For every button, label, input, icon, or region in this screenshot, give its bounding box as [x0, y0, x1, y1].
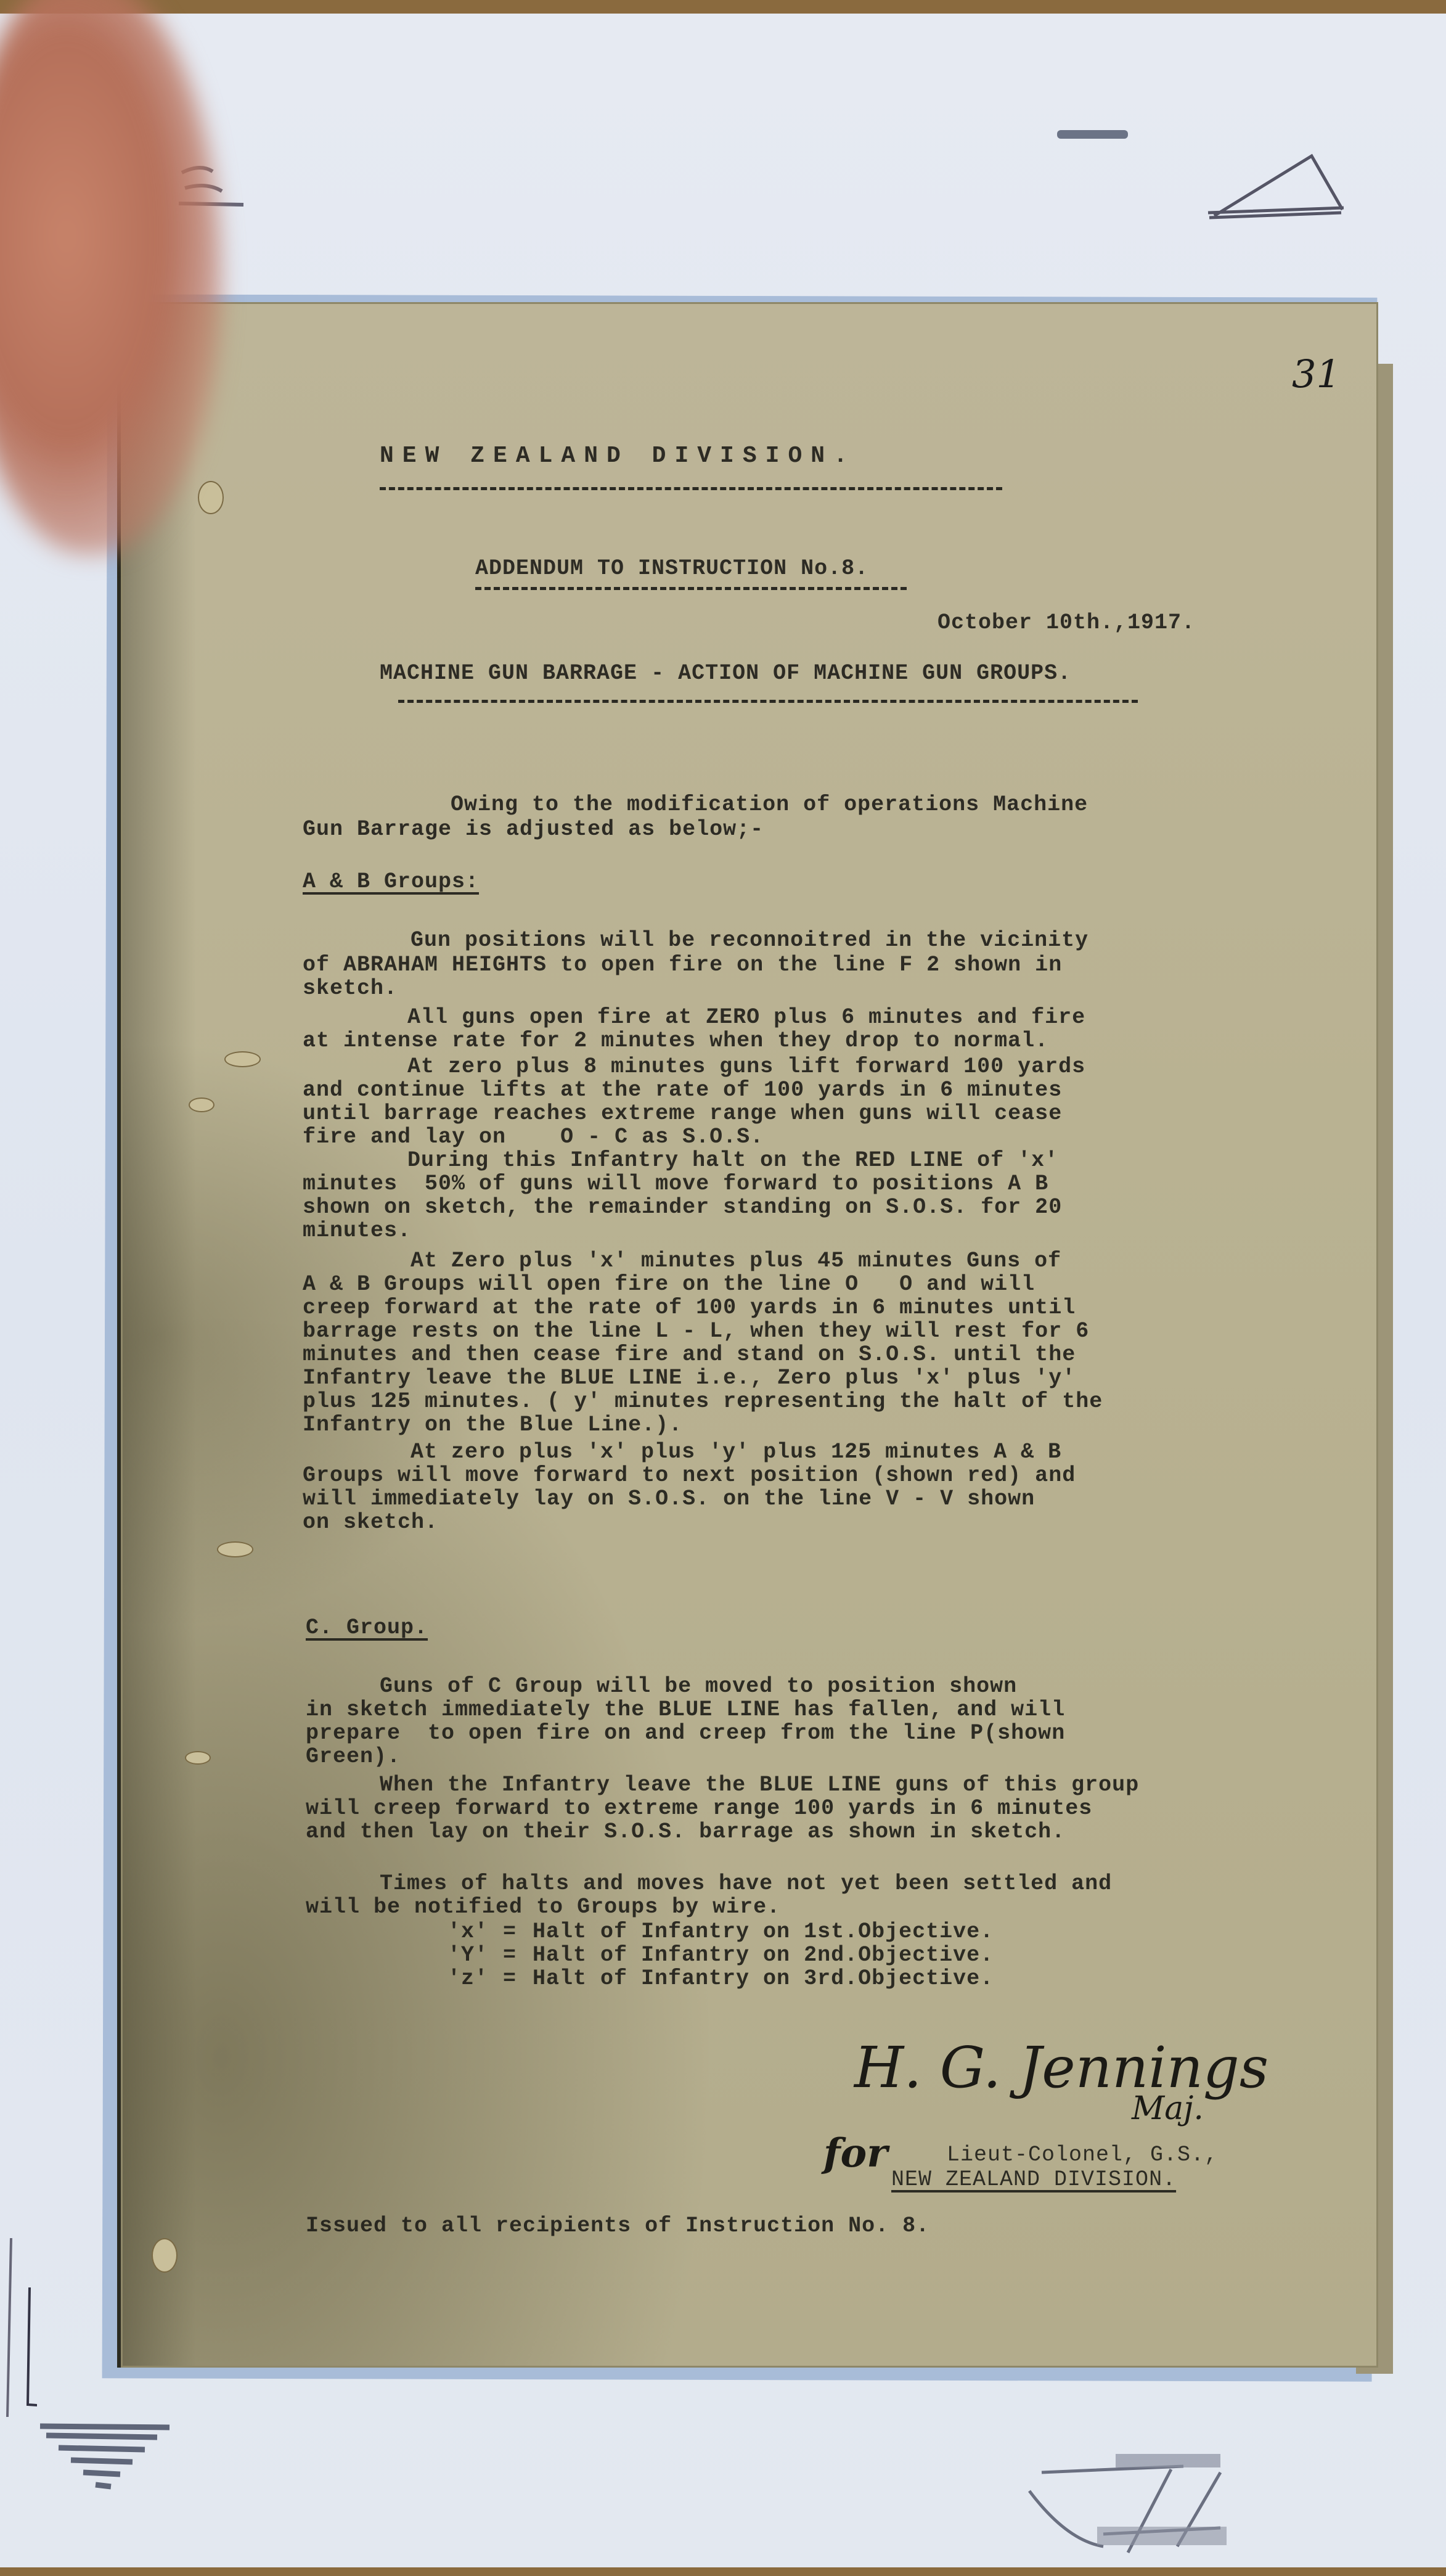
- definition-text: Halt of Infantry on 2nd.Objective.: [533, 1943, 994, 1967]
- pencil-mark-sketch-bottom-right: [1017, 2442, 1325, 2565]
- handwritten-signature-suffix: Maj.: [1132, 2090, 1204, 2127]
- intro-line: Owing to the modification of operations …: [451, 792, 1088, 817]
- handwritten-signature: H. G. Jennings: [854, 2035, 1268, 2101]
- document-subject: MACHINE GUN BARRAGE - ACTION OF MACHINE …: [380, 661, 1071, 686]
- body-line: minutes and then cease fire and stand on…: [303, 1342, 1076, 1367]
- header-underline: [380, 487, 1002, 490]
- body-line: will immediately lay on S.O.S. on the li…: [303, 1487, 1035, 1511]
- body-line: Groups will move forward to next positio…: [303, 1463, 1076, 1488]
- body-line: and then lay on their S.O.S. barrage as …: [306, 1819, 1065, 1844]
- intro-line: Gun Barrage is adjusted as below;-: [303, 817, 764, 842]
- definition-text: Halt of Infantry on 3rd.Objective.: [533, 1966, 994, 1991]
- definition-key: 'Y': [447, 1943, 488, 1967]
- section-heading-ab: A & B Groups:: [303, 869, 479, 894]
- definition-text: Halt of Infantry on 1st.Objective.: [533, 1919, 994, 1944]
- body-line: plus 125 minutes. ( y' minutes represent…: [303, 1389, 1103, 1414]
- body-line: on sketch.: [303, 1510, 438, 1535]
- wooden-table-edge-bottom: [0, 2567, 1446, 2576]
- punch-hole: [189, 1097, 214, 1112]
- body-line: sketch.: [303, 976, 398, 1001]
- definition-key: 'x': [447, 1919, 488, 1944]
- definition-sep: =: [503, 1943, 517, 1967]
- addendum-title: ADDENDUM TO INSTRUCTION No.8.: [475, 556, 868, 581]
- body-line: Infantry leave the BLUE LINE i.e., Zero …: [303, 1366, 1076, 1390]
- punch-hole: [152, 2238, 178, 2273]
- body-line: creep forward at the rate of 100 yards i…: [303, 1295, 1076, 1320]
- wooden-table-edge: [0, 0, 1446, 14]
- body-line: fire and lay on O - C as S.O.S.: [303, 1125, 764, 1149]
- punch-hole: [198, 481, 224, 514]
- body-line: will creep forward to extreme range 100 …: [306, 1796, 1092, 1821]
- punch-hole: [224, 1051, 261, 1067]
- body-line: All guns open fire at ZERO plus 6 minute…: [407, 1005, 1085, 1030]
- body-line: During this Infantry halt on the RED LIN…: [407, 1148, 1058, 1173]
- definition-key: 'z': [447, 1966, 488, 1991]
- definition-sep: =: [503, 1966, 517, 1991]
- body-line: minutes 50% of guns will move forward to…: [303, 1171, 1048, 1196]
- body-line: Infantry on the Blue Line.).: [303, 1413, 682, 1437]
- body-line: in sketch immediately the BLUE LINE has …: [306, 1697, 1065, 1722]
- subject-underline: [398, 700, 1138, 703]
- body-line: A & B Groups will open fire on the line …: [303, 1272, 1035, 1297]
- document-date: October 10th.,1917.: [937, 610, 1195, 635]
- body-line: Green).: [306, 1744, 401, 1769]
- signatory-unit: NEW ZEALAND DIVISION.: [891, 2167, 1176, 2192]
- closing-line: Times of halts and moves have not yet be…: [380, 1871, 1112, 1896]
- body-line: Guns of C Group will be moved to positio…: [380, 1674, 1017, 1699]
- closing-line: will be notified to Groups by wire.: [306, 1895, 780, 1919]
- pencil-mark-triangle-bottom-left: [34, 2420, 182, 2494]
- body-line: At zero plus 8 minutes guns lift forward…: [407, 1054, 1085, 1079]
- body-line: prepare to open fire on and creep from t…: [306, 1721, 1065, 1745]
- handwritten-for-mark: for: [823, 2130, 888, 2176]
- body-line: at intense rate for 2 minutes when they …: [303, 1028, 1048, 1053]
- body-line: of ABRAHAM HEIGHTS to open fire on the l…: [303, 953, 1062, 977]
- document-header: NEW ZEALAND DIVISION.: [380, 443, 856, 469]
- addendum-underline: [475, 587, 907, 590]
- definition-sep: =: [503, 1919, 517, 1944]
- page-number: 31: [1292, 351, 1341, 396]
- pencil-mark-triangle-top: [1202, 151, 1381, 225]
- body-line: barrage rests on the line L - L, when th…: [303, 1319, 1089, 1343]
- body-line: Gun positions will be reconnoitred in th…: [411, 928, 1089, 953]
- body-line: shown on sketch, the remainder standing …: [303, 1195, 1062, 1220]
- body-line: At Zero plus 'x' minutes plus 45 minutes…: [411, 1249, 1061, 1273]
- body-line: and continue lifts at the rate of 100 ya…: [303, 1078, 1062, 1102]
- body-line: At zero plus 'x' plus 'y' plus 125 minut…: [411, 1440, 1061, 1464]
- body-line: When the Infantry leave the BLUE LINE gu…: [380, 1773, 1139, 1797]
- pencil-margin-line-left: [0, 2232, 37, 2429]
- body-line: until barrage reaches extreme range when…: [303, 1101, 1062, 1126]
- section-heading-c: C. Group.: [306, 1615, 428, 1640]
- punch-hole: [185, 1751, 211, 1765]
- signatory-rank: Lieut-Colonel, G.S.,: [947, 2143, 1218, 2167]
- distribution-note: Issued to all recipients of Instruction …: [306, 2213, 929, 2238]
- punch-hole: [217, 1541, 253, 1557]
- body-line: minutes.: [303, 1218, 411, 1243]
- typed-document: 31 NEW ZEALAND DIVISION. ADDENDUM TO INS…: [117, 302, 1378, 2368]
- pencil-mark-dash-top: [1054, 126, 1134, 145]
